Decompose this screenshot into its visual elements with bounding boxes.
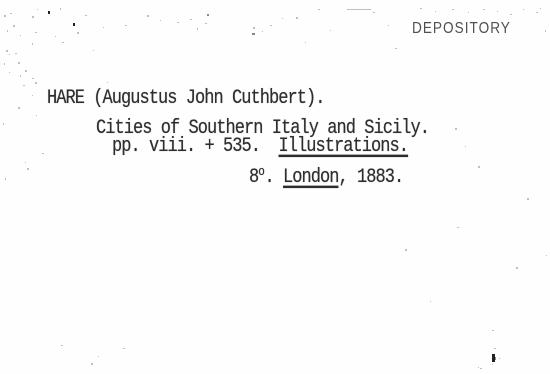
catalog-card: DEPOSITORY HARE (Augustus John Cuthbert)… — [0, 0, 550, 374]
author-heading: HARE (Augustus John Cuthbert). — [47, 89, 325, 109]
format-period: . — [264, 167, 283, 189]
place-text: London — [283, 167, 339, 189]
format-number: 8 — [249, 167, 258, 189]
year-text: , 1883. — [339, 167, 404, 189]
format-exponent: o — [258, 166, 264, 180]
depository-stamp: DEPOSITORY — [412, 21, 511, 37]
illustrations-text: Illustrations. — [279, 136, 409, 158]
imprint-line: 8o. London, 1883. — [249, 168, 403, 188]
pagination-text: pp. viii. + 535. — [112, 136, 279, 158]
collation-line: pp. viii. + 535. Illustrations. — [112, 137, 408, 157]
